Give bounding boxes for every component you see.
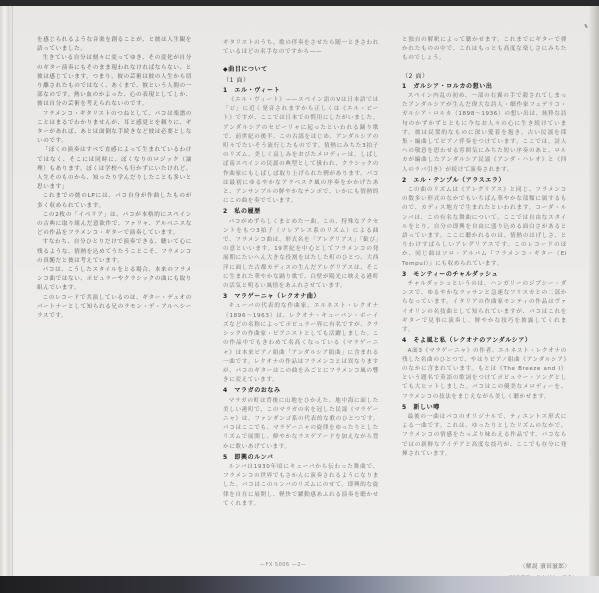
- paragraph: 「ぼくの演奏はすべて直感によって生まれているわけではなく、そこには同時に、ぼくな…: [37, 146, 192, 192]
- track-title: そよ風と私（レクオナのアンダルシア）: [413, 337, 531, 344]
- track-heading: 1 エル・ヴィート: [223, 86, 379, 95]
- text-column-2: ギタリストのうち、歌の伴奏をさせたら随一ときさわれているほどの名手なのですから—…: [223, 39, 379, 509]
- track-heading: 3 モンティーのチャルダッシュ: [402, 270, 567, 279]
- track-number: 3: [402, 271, 407, 278]
- page-number: —FX 5006 —2—: [260, 562, 306, 568]
- track-description: ルンバは1930年頃にキューバから伝わった舞曲で、フラメンコの世界でもさかんに演…: [223, 463, 379, 509]
- paragraph: ギタリストのうち、歌の伴奏をさせたら随一ときさわれているほどの名手なのですから—…: [223, 39, 379, 57]
- track-heading: 1 ガルシア・ロルカの想い出: [402, 82, 567, 91]
- track-description: 最後の一曲はパコのオリジナルで、ティエントス形式による一曲です。これは、ゆったり…: [402, 413, 567, 459]
- right-edge: [589, 6, 599, 576]
- track-description: この曲のリズムは《アレグリアス》と同じ、フラメンコの数多い形式のなかでもいちばん…: [402, 186, 567, 269]
- track-heading: 4 マラガのおなみ: [223, 386, 379, 395]
- track-number: 1: [223, 87, 228, 94]
- track-heading: 2 エル・テンプル（アラスエラ）: [402, 176, 567, 185]
- section-heading: ◆曲目について: [223, 65, 379, 74]
- paragraph: を感じられるような音楽を創ることが、と彼は人生観を語っていました。: [37, 36, 192, 54]
- paragraph: フラメンコ・ギタリストのつねとして、パコは楽譜のことはまるでわかりませんが、耳と…: [37, 110, 192, 147]
- side-label: （1 面）: [223, 76, 379, 85]
- track-description: 《エル・ヴィート》——スペイン語のVは日本語では「ビ」に近く発音されますから正し…: [223, 96, 379, 206]
- paragraph: 生きている自分は刻々に変ってゆき、その変化が自分のギター演奏にもそのまま現われな…: [37, 54, 192, 109]
- track-number: 5: [223, 454, 228, 461]
- track-heading: 2 私の履歴: [223, 207, 379, 216]
- track-number: 4: [223, 387, 228, 394]
- paragraph: パコは、こうしたスタイルをとる場合、本来のフラメンコ曲ではない、ポピュラーやクラ…: [37, 266, 192, 294]
- scan-bottom-edge: [0, 576, 599, 593]
- track-description: キューバの代表的な作曲家、エルネスト・レクオナ（1896〜1963）は、レクオナ…: [223, 302, 379, 385]
- track-heading: 4 そよ風と私（レクオナのアンダルシア）: [402, 336, 567, 345]
- track-number: 5: [402, 404, 407, 411]
- side-label: （2 面）: [402, 72, 567, 81]
- track-number: 4: [402, 337, 407, 344]
- track-heading: 5 新しい噂: [402, 403, 567, 412]
- liner-notes-sheet: を感じられるような音楽を創ることが、と彼は人生観を語っていました。 生きている自…: [0, 6, 599, 576]
- track-title: マラゲーニャ（レクオナ曲）: [234, 293, 320, 300]
- track-title: エル・ヴィート: [234, 87, 280, 94]
- track-description: マラガの町は背後に山地をひかえた、地中海に面した美しい港町で、このマラガの名を冠…: [223, 397, 379, 452]
- text-column-1: を感じられるような音楽を創ることが、と彼は人生観を語っていました。 生きている自…: [37, 36, 192, 321]
- paragraph: このレコードで共演しているのは、ギター・デュオのパートナーとして知られる兄のラモ…: [37, 294, 192, 322]
- track-description: スペイン内乱の初め、一部の右翼の手で殺されてしまったアンダルシアが生んだ偉大な詩…: [402, 92, 567, 175]
- left-edge: [0, 6, 13, 576]
- paragraph: この2枚の「イベリア」は、パコが本格的にスペインの古典に取り組んだ意欲作で、ファ…: [37, 211, 192, 239]
- paragraph: すなわち、自分ひとりだけで演奏できる、聴いて心に残るような、情熱を込めてうたうこ…: [37, 238, 192, 266]
- track-title: ガルシア・ロルカの想い出: [413, 83, 492, 90]
- track-number: 2: [402, 177, 407, 184]
- track-title: マラガのおなみ: [234, 387, 280, 394]
- track-description: A面3《マラゲーニャ》の作者、エルネスト・レクオナの残した名曲のひとつで、やはり…: [402, 347, 567, 402]
- track-description: パコがめずらしくまとめた一曲。この、特殊なアクセントをもつ3拍子（ソレアレス系の…: [223, 218, 379, 292]
- track-heading: 3 マラゲーニャ（レクオナ曲）: [223, 292, 379, 301]
- track-number: 3: [223, 293, 228, 300]
- paragraph: と独自の解釈によって聴かせます。これまでにギターで弾かれたものの中で、これはもっ…: [402, 36, 567, 64]
- paper-speck: [584, 24, 588, 28]
- track-heading: 5 即興のルンバ: [223, 453, 379, 462]
- track-title: 即興のルンバ: [234, 454, 273, 461]
- track-number: 2: [223, 208, 228, 215]
- track-title: エル・テンプル（アラスエラ）: [413, 177, 505, 184]
- track-title: 新しい噂: [413, 404, 439, 411]
- paragraph: これまでの彼のLPには、パコ自身が作曲したものが多く収められています。: [37, 192, 192, 210]
- track-description: チャルダッシュというのは、ハンガリーのジプシー・ダンスで、ゆるやかなラッサンと急…: [402, 280, 567, 335]
- track-title: モンティーのチャルダッシュ: [413, 271, 498, 278]
- track-number: 1: [402, 83, 407, 90]
- track-title: 私の履歴: [234, 208, 260, 215]
- author-signature: 〈解説 濱田滋郎〉: [520, 562, 570, 570]
- text-column-3: と独自の解釈によって聴かせます。これまでにギターで弾かれたものの中で、これはもっ…: [402, 36, 567, 459]
